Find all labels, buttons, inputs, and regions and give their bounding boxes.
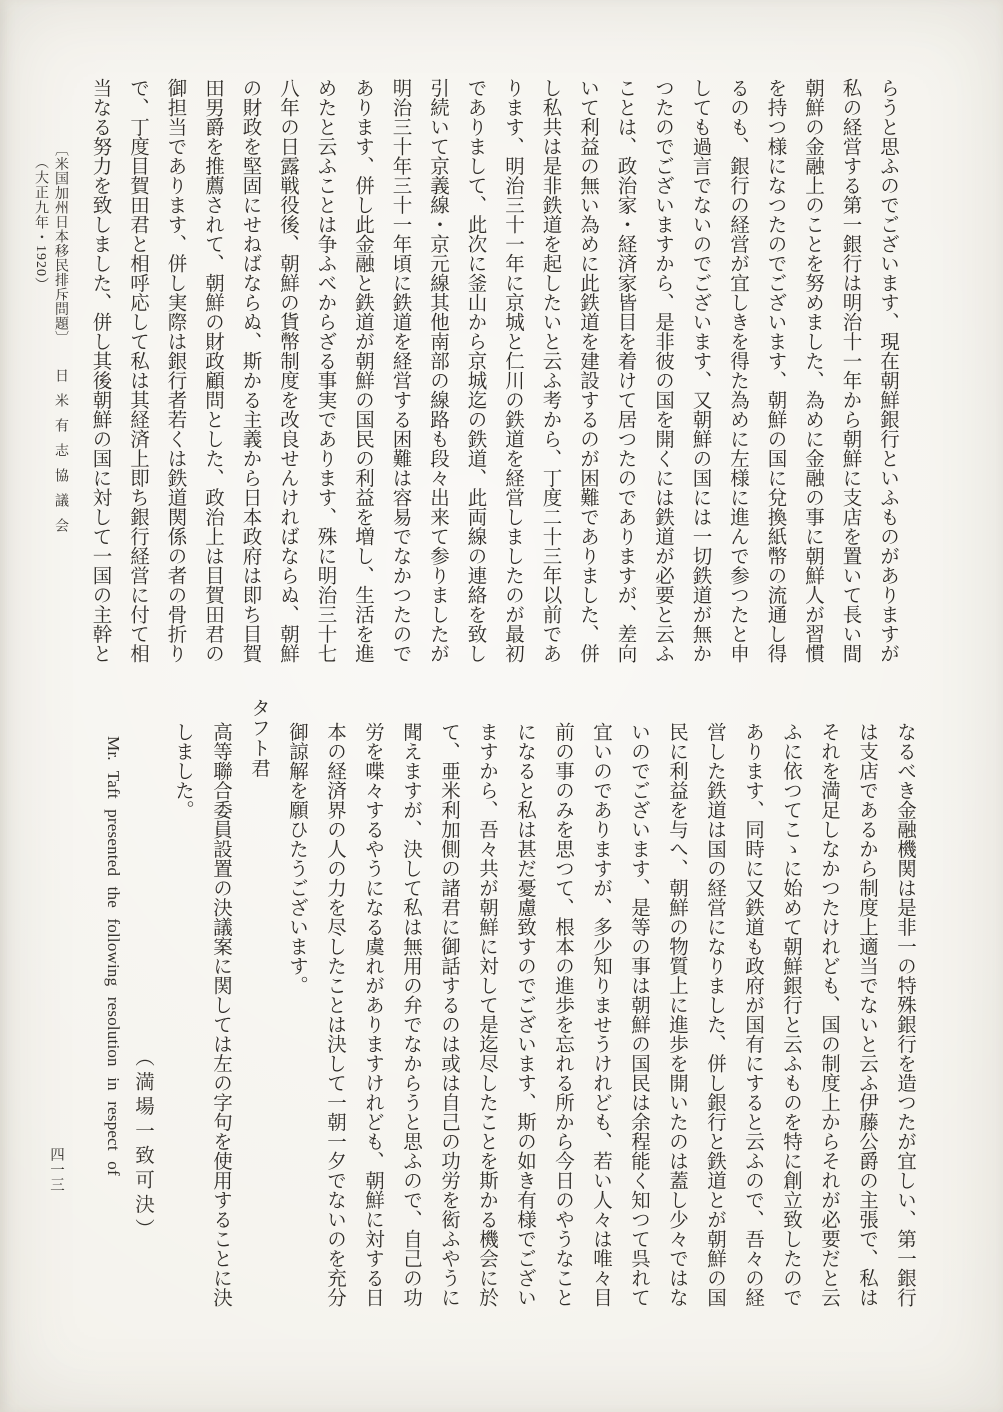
speaker-name-taft: タフト君 — [239, 698, 277, 1316]
header-subject: 〔米国加州日本移民排斥問題〕 — [53, 142, 68, 345]
scanned-page: らうと思ふのでございます、現在朝鮮銀行といふものがありますが 私の経営する第一銀… — [0, 0, 1003, 1412]
lower-register: なるべき金融機関は是非一の特殊銀行を造つたが宜しい、第一銀行 は支店であるから制… — [163, 698, 923, 1316]
header-organization: 日米有志協議会 — [53, 368, 68, 543]
vote-result-note: （満場一致可決） — [128, 1047, 156, 1243]
english-resolution-line: Mr. Taft presented the following resolut… — [103, 736, 123, 1176]
running-header: 〔米国加州日本移民排斥問題〕日米有志協議会（大正九年・1920） — [30, 142, 70, 687]
scan-edge-shading — [0, 0, 6, 1412]
page-number: 四一三 — [46, 1147, 67, 1192]
taft-statement: 高等聯合委員設置の決議案に関しては左の字句を使用することに決 しました。 — [163, 698, 239, 1316]
speech-text-lower-register: なるべき金融機関は是非一の特殊銀行を造つたが宜しい、第一銀行 は支店であるから制… — [277, 698, 923, 1316]
speech-text-upper-register: らうと思ふのでございます、現在朝鮮銀行といふものがありますが 私の経営する第一銀… — [81, 78, 906, 674]
header-date: （大正九年・1920） — [33, 155, 48, 292]
